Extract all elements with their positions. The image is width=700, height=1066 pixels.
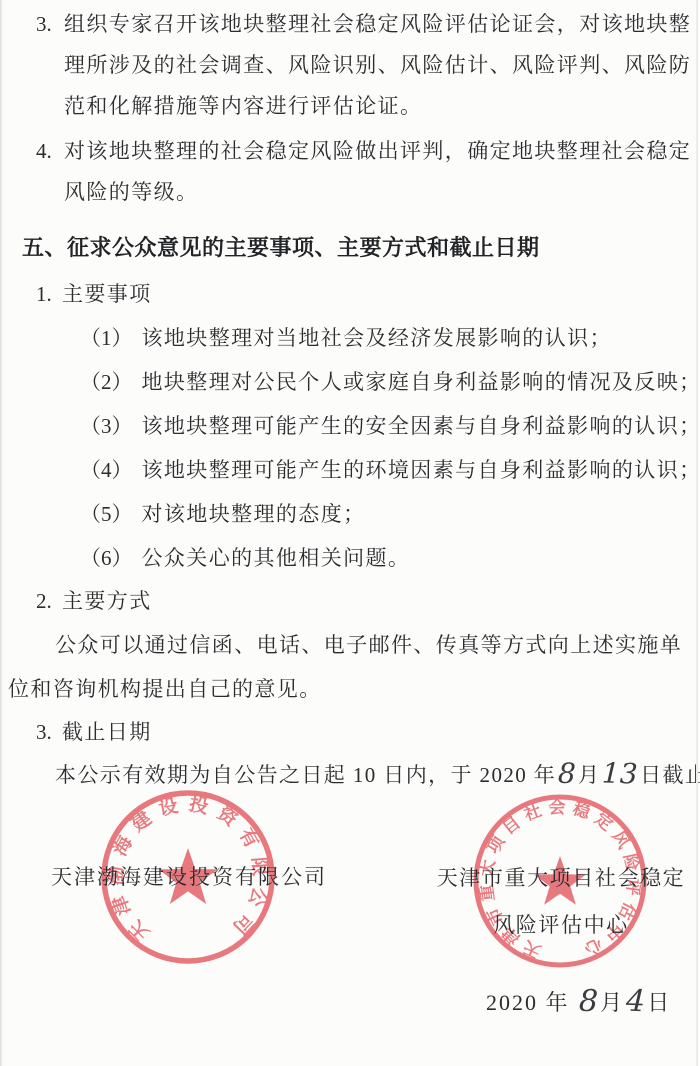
seal-ring [476, 797, 644, 965]
date-prefix: 2020 年 [486, 990, 570, 1015]
handwritten-day: 13 [600, 763, 640, 784]
left-signature-name: 天津渤海建设投资有限公司 [51, 864, 327, 890]
document-page: 3. 组织专家召开该地块整理社会稳定风险评估论证会，对该地块整 理所涉及的社会调… [0, 0, 700, 1066]
text-line: 理所涉及的社会调查、风险识别、风险估计、风险评判、风险防 [64, 45, 700, 86]
paren-item-6-text: 公众关心的其他相关问题。 [142, 536, 411, 580]
paren-item-6-marker: （6） [80, 536, 133, 580]
text-line: 公众可以通过信函、电话、电子邮件、传真等方式向上述实施单 [8, 623, 700, 667]
subsection-1-heading: 1. 主要事项 [36, 273, 700, 316]
seal-ring-text: 天津市重大项目社会稳定风险评估中心 [475, 797, 645, 962]
handwritten-day: 4 [624, 992, 648, 1013]
paren-item-3: （3） 该地块整理可能产生的安全因素与自身利益影响的认识； [80, 404, 700, 448]
text-line: 对该地块整理的社会稳定风险做出评判，确定地块整理社会稳定 [64, 131, 700, 172]
handwritten-month: 8 [577, 992, 601, 1013]
text-line: 范和化解措施等内容进行评估论证。 [64, 86, 700, 127]
paren-item-1-text: 该地块整理对当地社会及经济发展影响的认识； [142, 316, 612, 360]
subsection-3-title: 截止日期 [62, 711, 152, 754]
numbered-list-top: 3. 组织专家召开该地块整理社会稳定风险评估论证会，对该地块整 理所涉及的社会调… [36, 4, 700, 213]
subsection-3-heading: 3. 截止日期 [36, 711, 700, 754]
paren-item-2: （2） 地块整理对公民个人或家庭自身利益影响的情况及反映； [80, 360, 700, 404]
right-signature-name: 天津市重大项目社会稳定 风险评估中心 [431, 855, 691, 949]
paren-item-4: （4） 该地块整理可能产生的环境因素与自身利益影响的认识； [80, 448, 700, 492]
company-seal-left: 天津渤海建设投资有限公司 [98, 787, 278, 967]
subsection-2-heading: 2. 主要方式 [36, 580, 700, 623]
text-line: 位和咨询机构提出自己的意见。 [8, 667, 700, 711]
subsection-1-title: 主要事项 [62, 273, 152, 316]
subsection-3-marker: 3. [36, 711, 62, 754]
paren-item-1-marker: （1） [80, 316, 133, 360]
paren-item-4-marker: （4） [80, 448, 133, 492]
list-item-3: 3. 组织专家召开该地块整理社会稳定风险评估论证会，对该地块整 理所涉及的社会调… [36, 4, 700, 127]
list-item-4-marker: 4. [36, 131, 64, 213]
seal-ring [104, 793, 272, 961]
seal-ring-text: 天津渤海建设投资有限公司 [103, 792, 272, 945]
paren-item-3-marker: （3） [80, 404, 133, 448]
paren-item-2-marker: （2） [80, 360, 133, 404]
paren-item-5: （5） 对该地块整理的态度； [80, 492, 700, 536]
list-item-3-text: 组织专家召开该地块整理社会稳定风险评估论证会，对该地块整 理所涉及的社会调查、风… [64, 4, 700, 127]
paren-item-6: （6） 公众关心的其他相关问题。 [80, 536, 700, 580]
paren-item-2-text: 地块整理对公民个人或家庭自身利益影响的情况及反映； [142, 360, 700, 404]
subsection-1-marker: 1. [36, 273, 62, 316]
paren-item-4-text: 该地块整理可能产生的环境因素与自身利益影响的认识； [142, 448, 700, 492]
deadline-line: 本公示有效期为自公告之日起 10 日内，于 2020 年8月13日截止。 [8, 754, 700, 796]
date-suffix: 日 [647, 990, 671, 1015]
list-item-4: 4. 对该地块整理的社会稳定风险做出评判，确定地块整理社会稳定 风险的等级。 [36, 131, 700, 213]
seal-star-icon [159, 848, 218, 904]
right-signature-line1: 天津市重大项目社会稳定 [431, 855, 691, 902]
paren-item-3-text: 该地块整理可能产生的安全因素与自身利益影响的认识； [142, 404, 700, 448]
paren-item-5-text: 对该地块整理的态度； [142, 492, 366, 536]
date-month-label: 月 [600, 990, 624, 1015]
list-item-3-marker: 3. [36, 4, 64, 127]
handwritten-month: 8 [556, 764, 579, 785]
section-heading: 五、征求公众意见的主要事项、主要方式和截止日期 [22, 227, 700, 269]
deadline-prefix: 本公示有效期为自公告之日起 10 日内，于 2020 年 [8, 763, 556, 787]
text-line: 风险的等级。 [64, 172, 700, 213]
methods-paragraph: 公众可以通过信函、电话、电子邮件、传真等方式向上述实施单 位和咨询机构提出自己的… [8, 623, 700, 711]
paren-item-5-marker: （5） [80, 492, 133, 536]
subsection-2-title: 主要方式 [62, 580, 152, 623]
subsection-2-marker: 2. [36, 580, 62, 623]
right-signature-line2: 风险评估中心 [431, 902, 691, 949]
paren-item-1: （1） 该地块整理对当地社会及经济发展影响的认识； [80, 316, 700, 360]
list-item-4-text: 对该地块整理的社会稳定风险做出评判，确定地块整理社会稳定 风险的等级。 [64, 131, 700, 213]
deadline-suffix: 日截止。 [640, 763, 700, 787]
signature-date: 2020 年 8月4日 [486, 986, 671, 1020]
deadline-month-label: 月 [578, 763, 600, 787]
assessment-center-seal-right: 天津市重大项目社会稳定风险评估中心 [470, 791, 650, 971]
text-line: 组织专家召开该地块整理社会稳定风险评估论证会，对该地块整 [64, 4, 700, 45]
seal-star-icon [534, 856, 585, 905]
